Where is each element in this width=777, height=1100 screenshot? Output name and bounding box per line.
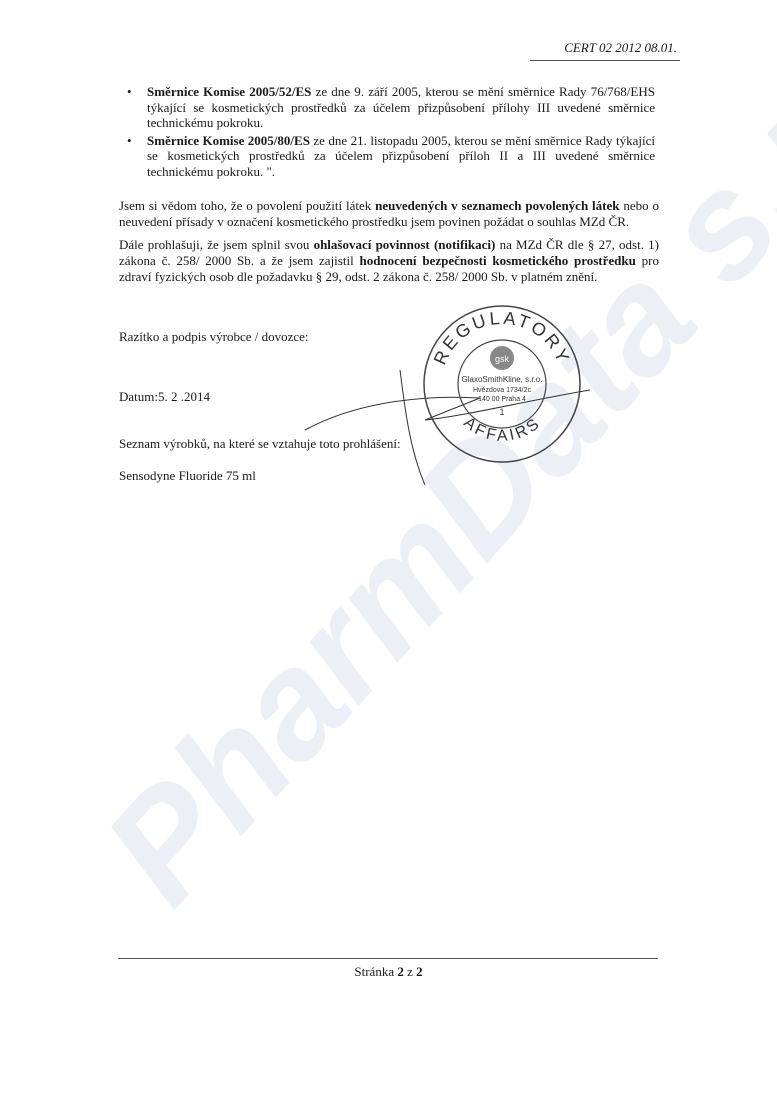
svg-text:AFFAIRS: AFFAIRS: [460, 414, 544, 445]
page-number: Stránka 2 z 2: [0, 964, 777, 980]
directive-item: Směrnice Komise 2005/52/ES ze dne 9. zář…: [147, 84, 655, 131]
awareness-paragraph: Jsem si vědom toho, že o povolení použit…: [119, 198, 659, 230]
svg-text:Hvězdova 1734/2c: Hvězdova 1734/2c: [473, 387, 531, 394]
svg-text:GlaxoSmithKline, s.r.o.: GlaxoSmithKline, s.r.o.: [462, 375, 543, 384]
declaration-paragraph: Dále prohlašuji, že jsem splnil svou ohl…: [119, 237, 659, 285]
svg-text:1: 1: [499, 407, 504, 417]
company-stamp: REGULATORY AFFAIRS gsk GlaxoSmithKline, …: [420, 302, 585, 467]
stamp-signature-label: Razítko a podpis výrobce / dovozce:: [119, 329, 309, 345]
header-divider: [530, 60, 680, 61]
date-label: Datum:5. 2 .2014: [119, 389, 210, 405]
footer-divider: [118, 958, 658, 959]
directive-list: Směrnice Komise 2005/52/ES ze dne 9. zář…: [147, 84, 655, 181]
document-reference: CERT 02 2012 08.01.: [564, 40, 677, 56]
product-name: Sensodyne Fluoride 75 ml: [119, 468, 256, 484]
svg-text:gsk: gsk: [495, 354, 510, 364]
directive-item: Směrnice Komise 2005/80/ES ze dne 21. li…: [147, 133, 655, 180]
svg-text:140 00 Praha 4: 140 00 Praha 4: [478, 396, 526, 403]
